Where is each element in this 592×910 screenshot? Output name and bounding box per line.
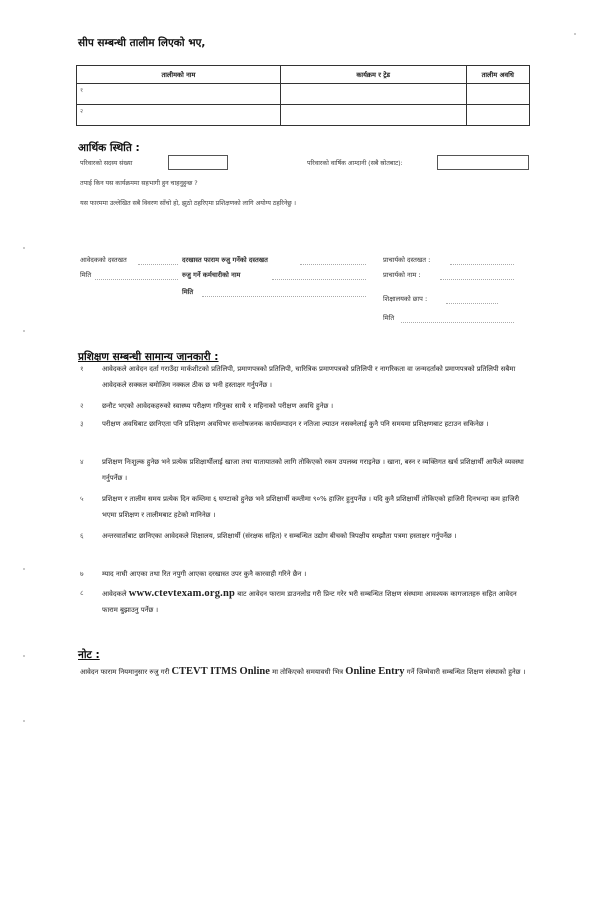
- item-text: अन्तरवार्ताबाट छानिएका आवेदकले शिक्षालय,…: [102, 529, 530, 545]
- note-text: आवेदन फाराम नियमानुसार रुजु गरी CTEVT IT…: [80, 664, 530, 680]
- annual-income-input[interactable]: [437, 155, 529, 170]
- row-1-program-cell[interactable]: [280, 84, 466, 105]
- skill-training-table: तालीमको नाम कार्यक्रम र ट्रेड तालीम अवधि…: [76, 65, 530, 126]
- note-heading: नोट :: [78, 648, 100, 662]
- info-item-8: ८ आवेदकले www.ctevtexam.org.np बाट आवेदन…: [80, 586, 530, 618]
- note-online-entry: Online Entry: [345, 666, 404, 677]
- applicant-signature-line[interactable]: [138, 264, 178, 265]
- verifier-signature-label: दरखास्त फाराम रुजु गर्नेको दस्तखत: [182, 255, 268, 264]
- row-1-duration-cell[interactable]: [466, 84, 529, 105]
- item-text: छनौट भएको आवेदकहरुको स्वास्थ्य परीक्षण ग…: [102, 399, 530, 415]
- info-item-4: ४ प्रशिक्षण निःशुल्क हुनेछ भने प्रत्येक …: [80, 455, 530, 486]
- item-number: ८: [80, 586, 84, 602]
- document-page: सीप सम्बन्धी तालीम लिएको भए, तालीमको नाम…: [0, 0, 592, 910]
- info-item-3: ३ परीक्षण अवधिबाट छानिएता पनि प्रशिक्षण …: [80, 417, 530, 433]
- row-1-name-cell[interactable]: १: [77, 84, 281, 105]
- school-stamp-line[interactable]: [446, 303, 498, 304]
- applicant-signature-label: आवेदकको दस्तखत: [80, 255, 127, 264]
- item-text: म्याद नाघी आएका तथा रित नपुगी आएका दरखास…: [102, 567, 530, 583]
- verifier-signature-line[interactable]: [300, 264, 366, 265]
- item-number: ५: [80, 492, 84, 508]
- item-text: आवेदकले आवेदन दर्ता गराउँदा मार्कशीटको प…: [102, 362, 530, 393]
- item-number: २: [80, 399, 84, 415]
- verifier-name-line[interactable]: [272, 279, 366, 280]
- applicant-date-line[interactable]: [95, 279, 178, 280]
- ctevt-exam-link[interactable]: www.ctevtexam.org.np: [129, 588, 235, 599]
- scan-speck: [23, 247, 25, 249]
- info-item-1: १ आवेदकले आवेदन दर्ता गराउँदा मार्कशीटको…: [80, 362, 530, 393]
- verifier-date-label: मिति: [182, 287, 193, 296]
- annual-income-label: परिवारको वार्षिक आम्दानी (सबै स्रोतबाट):: [307, 158, 403, 167]
- item-text: प्रशिक्षण र तालीम समय प्रत्येक दिन कम्ति…: [102, 492, 530, 523]
- column-header-training-duration: तालीम अवधि: [466, 66, 529, 84]
- info-item-2: २ छनौट भएको आवेदकहरुको स्वास्थ्य परीक्षण…: [80, 399, 530, 415]
- principal-date-label: मिति: [383, 313, 394, 322]
- item-text: परीक्षण अवधिबाट छानिएता पनि प्रशिक्षण अव…: [102, 417, 530, 433]
- item-text: आवेदकले www.ctevtexam.org.np बाट आवेदन फ…: [102, 586, 530, 618]
- applicant-date-label: मिति: [80, 270, 91, 279]
- item-text: प्रशिक्षण निःशुल्क हुनेछ भने प्रत्येक प्…: [102, 455, 530, 486]
- info-item-6: ६ अन्तरवार्ताबाट छानिएका आवेदकले शिक्षाल…: [80, 529, 530, 545]
- principal-date-line[interactable]: [401, 322, 514, 323]
- note-text-part-3: गर्ने जिम्मेवारी सम्बन्धित शिक्षण संस्था…: [407, 668, 526, 676]
- principal-signature-label: प्राचार्यको दस्तखत :: [383, 255, 430, 264]
- scan-speck: [574, 33, 576, 35]
- row-number: २: [80, 108, 83, 115]
- item-number: ४: [80, 455, 84, 471]
- scan-speck: [23, 568, 25, 570]
- row-2-duration-cell[interactable]: [466, 105, 529, 126]
- family-members-label: परिवारको सदस्य संख्या: [80, 158, 132, 167]
- school-stamp-label: शिक्षालयको छाप :: [383, 294, 427, 303]
- item-8-text-before: आवेदकले: [102, 590, 127, 598]
- table-row: १: [77, 84, 530, 105]
- principal-name-label: प्राचार्यको नाम :: [383, 270, 421, 279]
- item-number: ३: [80, 417, 84, 433]
- row-number: १: [80, 87, 83, 94]
- participation-question: तपाई किन यस कार्यक्रममा सहभागी हुन चाहनु…: [80, 178, 198, 187]
- scan-speck: [23, 330, 25, 332]
- principal-name-line[interactable]: [440, 279, 514, 280]
- item-number: ७: [80, 567, 84, 583]
- note-text-part-2: मा तोकिएको समयावधी भित्र: [272, 668, 343, 676]
- verifier-date-line[interactable]: [202, 296, 366, 297]
- note-ctevt-itms: CTEVT ITMS Online: [171, 666, 269, 677]
- column-header-program-trade: कार्यक्रम र ट्रेड: [280, 66, 466, 84]
- family-members-input[interactable]: [168, 155, 228, 170]
- row-2-program-cell[interactable]: [280, 105, 466, 126]
- scan-speck: [23, 655, 25, 657]
- note-text-part-1: आवेदन फाराम नियमानुसार रुजु गरी: [80, 668, 169, 676]
- table-header-row: तालीमको नाम कार्यक्रम र ट्रेड तालीम अवधि: [77, 66, 530, 84]
- scan-speck: [23, 720, 25, 722]
- column-header-training-name: तालीमको नाम: [77, 66, 281, 84]
- principal-signature-line[interactable]: [450, 264, 514, 265]
- row-2-name-cell[interactable]: २: [77, 105, 281, 126]
- info-item-7: ७ म्याद नाघी आएका तथा रित नपुगी आएका दरख…: [80, 567, 530, 583]
- verifier-name-label: रुजु गर्ने कर्मचारीको नाम: [182, 270, 240, 279]
- skill-training-title: सीप सम्बन्धी तालीम लिएको भए,: [78, 36, 205, 50]
- declaration-line: यस फारममा उल्लेखित सबै विवरण साँचो हो, झ…: [80, 198, 296, 207]
- item-number: ६: [80, 529, 84, 545]
- economic-status-heading: आर्थिक स्थिति :: [78, 141, 140, 155]
- item-number: १: [80, 362, 84, 378]
- info-item-5: ५ प्रशिक्षण र तालीम समय प्रत्येक दिन कम्…: [80, 492, 530, 523]
- table-row: २: [77, 105, 530, 126]
